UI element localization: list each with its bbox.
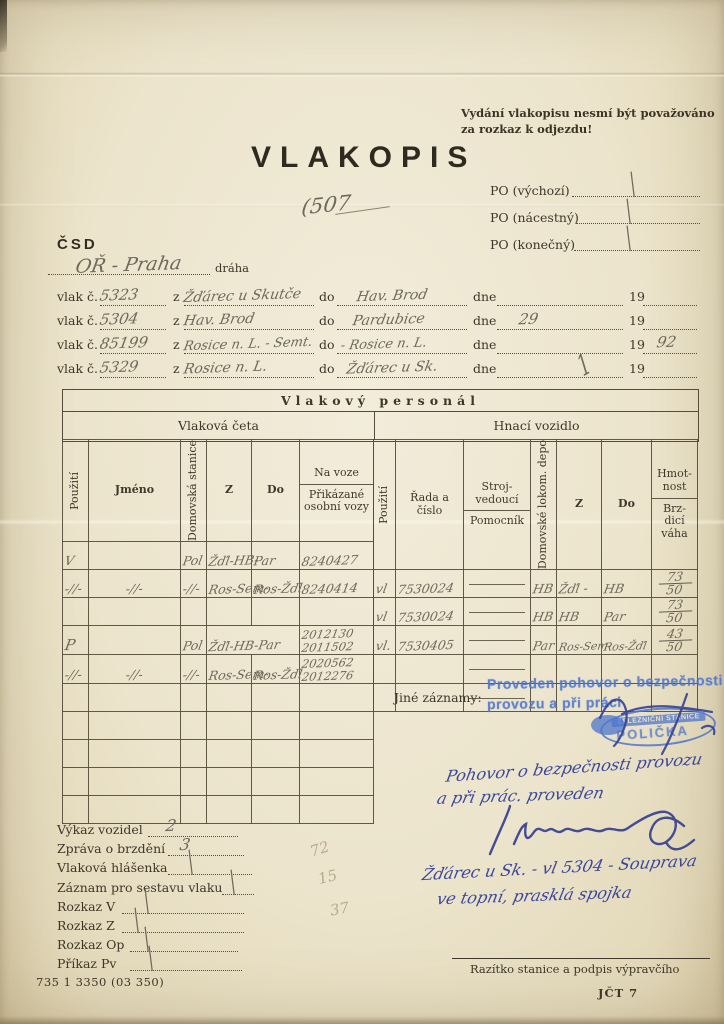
- ceta-row: [63, 597, 374, 625]
- train-from-line: Hav. Brod: [184, 313, 314, 330]
- checklist-label: Výkaz vozidel: [57, 822, 143, 837]
- checklist-label: Vlaková hlášenka: [57, 860, 167, 875]
- z-label: z: [173, 313, 180, 328]
- personnel-table-header: Vlakový personál Vlaková četa Hnací vozi…: [62, 389, 699, 442]
- checklist-line: 3: [168, 839, 244, 856]
- po-konecny-row: PO (konečný) /: [490, 234, 710, 252]
- train-number-line: 5304: [100, 313, 166, 330]
- do-label: do: [319, 313, 335, 328]
- paper-fold-crease: [0, 72, 724, 77]
- po-nacestny-line: /: [576, 207, 700, 224]
- csd-logo-text: ČSD: [57, 236, 98, 253]
- po-vychozi-line: /: [572, 180, 700, 197]
- razitko-caption: Razítko stanice a podpis výpravčího: [470, 962, 679, 976]
- col-hmotnost-brzdici: Hmot- nostBrz- dicí váha: [652, 440, 698, 570]
- scan-edge-artifact: [0, 0, 7, 52]
- handwritten-note-1: Pohovor o bezpečnosti provozu: [444, 749, 704, 786]
- po-vychozi-label: PO (výchozí): [490, 183, 570, 198]
- col-jmeno: Jméno: [89, 440, 181, 542]
- train-row-4: vlak č. 5329 z Rosice n. L. do Žďárec u …: [0, 359, 724, 379]
- scanned-vlakopis-form: Vydání vlakopisu nesmí být považováno za…: [0, 0, 724, 1024]
- col-do: Do: [252, 440, 300, 542]
- dne-label: dne: [473, 313, 496, 328]
- train-row-3: vlak č. 85199 z Rosice n. L. - Semt. do …: [0, 335, 724, 355]
- handwritten-note-4: ve topní, prasklá spojka: [435, 883, 633, 909]
- col-strojvedouci-pomocnik: Stroj- vedoucíPomocník: [464, 440, 531, 570]
- checklist-line: /: [222, 878, 254, 895]
- train-year-line: 92: [643, 337, 697, 354]
- col-pouziti: Použití: [63, 440, 89, 542]
- train-from-line: Žďárec u Skutče: [184, 289, 314, 306]
- checklist-row-prikaz-pv: Příkaz Pv /: [0, 956, 360, 974]
- checklist-line: /: [168, 858, 252, 875]
- train-to-line: Žďárec u Sk.: [337, 361, 467, 378]
- train-to: Žďárec u Sk.: [345, 358, 439, 377]
- vlak-label: vlak č.: [57, 361, 98, 376]
- z-label: z: [173, 361, 180, 376]
- train-number-line: 85199: [100, 337, 166, 354]
- train-from-line: Rosice n. L.: [184, 361, 314, 378]
- form-title: VLAKOPIS: [251, 141, 476, 175]
- stamp-signature-line: [452, 958, 710, 959]
- train-from: Hav. Brod: [182, 311, 255, 329]
- po-nacestny-row: PO (nácestný) /: [490, 207, 710, 225]
- pencil-scribble: 37: [329, 898, 351, 919]
- draha-label: dráha: [215, 261, 249, 275]
- form-code: 735 1 3350 (03 350): [36, 975, 164, 989]
- draha-handwritten: OŘ - Praha: [74, 252, 184, 278]
- train-number: 5329: [98, 357, 140, 376]
- train-from: Rosice n. L.: [182, 359, 268, 378]
- group-vlakova-ceta: Vlaková četa: [63, 412, 375, 440]
- ceta-row: [63, 767, 374, 795]
- train-from: Rosice n. L. - Semt.: [182, 335, 313, 354]
- po-vychozi-row: PO (výchozí) /: [490, 180, 710, 198]
- draha-line: OŘ - Praha: [48, 258, 210, 275]
- ceta-row: -//- -//- -//- Ros-Sem- Ros-Žďl 20205622…: [63, 654, 374, 683]
- warning-line2: za rozkaz k odjezdu!: [461, 122, 717, 138]
- do-label: do: [319, 337, 335, 352]
- checklist-label: Rozkaz Op: [57, 937, 124, 952]
- vozidlo-row: vl 7530024 HB Žďl - HB 7350: [374, 570, 698, 598]
- vozidlo-row: vl 7530024 HB HB Par 7350: [374, 598, 698, 626]
- checklist-row-vlakova-hlasenka: Vlaková hlášenka /: [0, 860, 360, 878]
- col-z: Z: [557, 440, 602, 570]
- train-dne: 29: [517, 310, 539, 329]
- checklist-label: Zpráva o brzdění: [57, 841, 165, 856]
- train-to: - Rosice n. L.: [339, 336, 428, 354]
- train-year-line: [643, 313, 697, 330]
- train-to-line: Pardubice: [337, 313, 467, 330]
- dne-label: dne: [473, 361, 496, 376]
- col-domovske-depo: Domovské lokom. depo: [531, 440, 557, 570]
- checklist-row-zprava-o-brzdeni: Zpráva o brzdění 3: [0, 841, 360, 859]
- po-nacestny-label: PO (nácestný): [490, 210, 579, 225]
- checklist-label: Rozkaz V: [57, 899, 115, 914]
- checklist-line: /: [130, 954, 242, 971]
- train-number: 5304: [98, 309, 140, 328]
- train-to: Hav. Brod: [355, 287, 428, 305]
- warning-line1: Vydání vlakopisu nesmí být považováno: [461, 106, 717, 122]
- hnaci-vozidlo-table: Použití Řada a číslo Stroj- vedoucíPomoc…: [373, 439, 698, 712]
- dne-label: dne: [473, 289, 496, 304]
- checklist-line: 2: [148, 820, 238, 837]
- checklist-row-vykaz-vozidel: Výkaz vozidel 2: [0, 822, 360, 840]
- ceta-row: [63, 739, 374, 767]
- ceta-row: [63, 711, 374, 739]
- warning-note: Vydání vlakopisu nesmí být považováno za…: [461, 106, 717, 137]
- train-number: 5323: [98, 285, 140, 304]
- col-pouziti: Použití: [374, 440, 396, 570]
- checklist-row-zaznam-pro-sestavu: Záznam pro sestavu vlaku /: [0, 880, 360, 898]
- vlak-label: vlak č.: [57, 337, 98, 352]
- train-from: Žďárec u Skutče: [182, 286, 302, 306]
- col-domovska-stanice: Domovská stanice: [181, 440, 207, 542]
- train-number-line: 5329: [100, 361, 166, 378]
- po-konecny-label: PO (konečný): [490, 237, 575, 252]
- z-label: z: [173, 337, 180, 352]
- col-do: Do: [602, 440, 652, 570]
- checklist-mark: 2: [164, 816, 178, 835]
- dne-label: dne: [473, 337, 496, 352]
- train-row-2: vlak č. 5304 z Hav. Brod do Pardubice dn…: [0, 311, 724, 331]
- z-label: z: [173, 289, 180, 304]
- checklist-label: Příkaz Pv: [57, 956, 116, 971]
- train-number-line: 5323: [100, 289, 166, 306]
- vlak-label: vlak č.: [57, 289, 98, 304]
- do-label: do: [319, 361, 335, 376]
- scan-edge-shadow: [0, 1016, 724, 1024]
- col-z: Z: [207, 440, 252, 542]
- vlak-label: vlak č.: [57, 313, 98, 328]
- train-year-line: [643, 361, 697, 378]
- train-from-line: Rosice n. L. - Semt.: [184, 337, 314, 354]
- train-dne-line: 1: [497, 361, 623, 378]
- po-vychozi-mark: /: [624, 168, 643, 202]
- train-year: 92: [655, 333, 677, 352]
- vlakova-ceta-table: Použití Jméno Domovská stanice Z Do Na v…: [62, 439, 374, 824]
- po-konecny-line: /: [574, 234, 700, 251]
- checklist-label: Rozkaz Z: [57, 918, 115, 933]
- personnel-table-title: Vlakový personál: [63, 390, 698, 412]
- signature-over-stamp: [592, 688, 722, 758]
- train-row-1: vlak č. 5323 z Žďárec u Skutče do Hav. B…: [0, 287, 724, 307]
- train-dne-line: 29: [497, 313, 623, 330]
- ceta-row: -//- -//- -//- Ros-Sem- Ros-Žďl 8240414: [63, 569, 374, 597]
- checklist-row-rozkaz-z: Rozkaz Z /: [0, 918, 360, 936]
- jine-zaznamy-label: Jiné záznamy:: [394, 690, 482, 705]
- checklist-row-rozkaz-op: Rozkaz Op /: [0, 937, 360, 955]
- draha-row: OŘ - Praha dráha: [48, 258, 348, 278]
- train-to-line: Hav. Brod: [337, 289, 467, 306]
- checklist-line: /: [122, 897, 244, 914]
- vozidlo-row: vl. 7530405 Par Ros-Sem- Ros-Žďl 4350: [374, 626, 698, 655]
- handwritten-form-number: (507: [300, 191, 352, 220]
- group-hnaci-vozidlo: Hnací vozidlo: [375, 412, 698, 440]
- ceta-row: [63, 683, 374, 711]
- col-na-voze: Na vozePřikázané osobní vozy: [300, 440, 374, 542]
- jct-code: JČT 7: [598, 986, 638, 1000]
- ceta-row: V Pol Žďl-HB- Par 8240427: [63, 541, 374, 569]
- train-dne-line: [497, 289, 623, 306]
- train-dne-line: [497, 337, 623, 354]
- checklist-row-rozkaz-v: Rozkaz V /: [0, 899, 360, 917]
- ceta-row: P Pol Žďl-HB-Par 20121302011502: [63, 625, 374, 654]
- do-label: do: [319, 289, 335, 304]
- train-to: Pardubice: [351, 311, 426, 329]
- train-year-line: [643, 289, 697, 306]
- col-rada-cislo: Řada a číslo: [396, 440, 464, 570]
- train-to-line: - Rosice n. L.: [337, 337, 467, 354]
- train-number: 85199: [98, 333, 149, 353]
